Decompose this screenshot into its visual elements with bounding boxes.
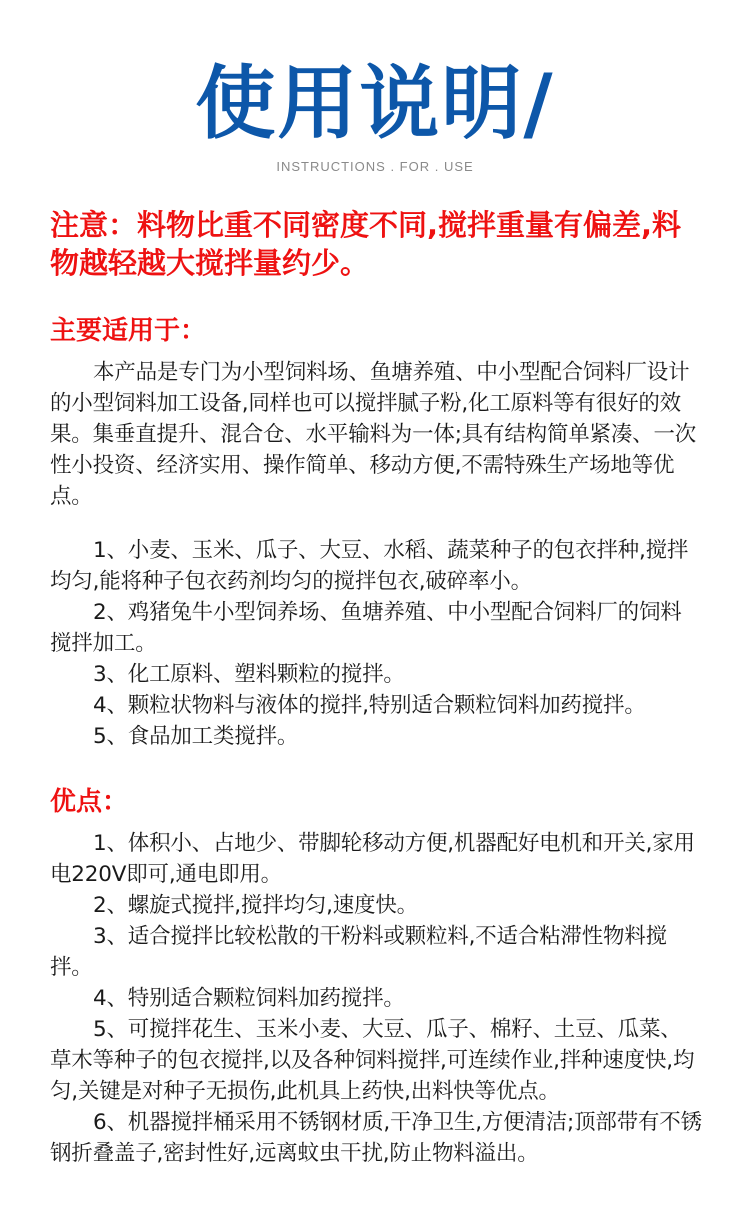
applicable-intro: 本产品是专门为小型饲料场、鱼塘养殖、中小型配合饲料厂设计的小型饲料加工设备,同样… [50, 357, 702, 512]
advantages-heading: 优点： [50, 785, 128, 819]
list-item: 5、食品加工类搅拌。 [50, 721, 702, 752]
list-item: 1、小麦、玉米、瓜子、大豆、水稻、蔬菜种子的包衣拌种,搅拌均匀,能将种子包衣药剂… [50, 535, 702, 597]
list-item: 6、机器搅拌桶采用不锈钢材质,干净卫生,方便清洁;顶部带有不锈钢折叠盖子,密封性… [50, 1107, 702, 1169]
list-item: 2、鸡猪兔牛小型饲养场、鱼塘养殖、中小型配合饲料厂的饲料搅拌加工。 [50, 597, 702, 659]
applicable-heading: 主要适用于： [50, 314, 206, 348]
list-item: 4、特别适合颗粒饲料加药搅拌。 [50, 983, 702, 1014]
applicable-section: 本产品是专门为小型饲料场、鱼塘养殖、中小型配合饲料厂设计的小型饲料加工设备,同样… [50, 357, 702, 512]
list-item: 4、颗粒状物料与液体的搅拌,特别适合颗粒饲料加药搅拌。 [50, 690, 702, 721]
notice-text: 注意：料物比重不同密度不同,搅拌重量有偏差,料物越轻越大搅拌量约少。 [50, 206, 710, 282]
list-item: 3、化工原料、塑料颗粒的搅拌。 [50, 659, 702, 690]
applicable-list: 1、小麦、玉米、瓜子、大豆、水稻、蔬菜种子的包衣拌种,搅拌均匀,能将种子包衣药剂… [50, 535, 702, 752]
list-item: 2、螺旋式搅拌,搅拌均匀,速度快。 [50, 890, 702, 921]
list-item: 1、体积小、占地少、带脚轮移动方便,机器配好电机和开关,家用电220V即可,通电… [50, 828, 702, 890]
list-item: 3、适合搅拌比较松散的干粉料或颗粒料,不适合粘滞性物料搅拌。 [50, 921, 702, 983]
page-subtitle: INSTRUCTIONS . FOR . USE [0, 159, 750, 174]
advantages-list: 1、体积小、占地少、带脚轮移动方便,机器配好电机和开关,家用电220V即可,通电… [50, 828, 702, 1169]
list-item: 5、可搅拌花生、玉米小麦、大豆、瓜子、棉籽、土豆、瓜菜、草木等种子的包衣搅拌,以… [50, 1014, 702, 1107]
page-title: 使用说明/ [0, 56, 750, 152]
